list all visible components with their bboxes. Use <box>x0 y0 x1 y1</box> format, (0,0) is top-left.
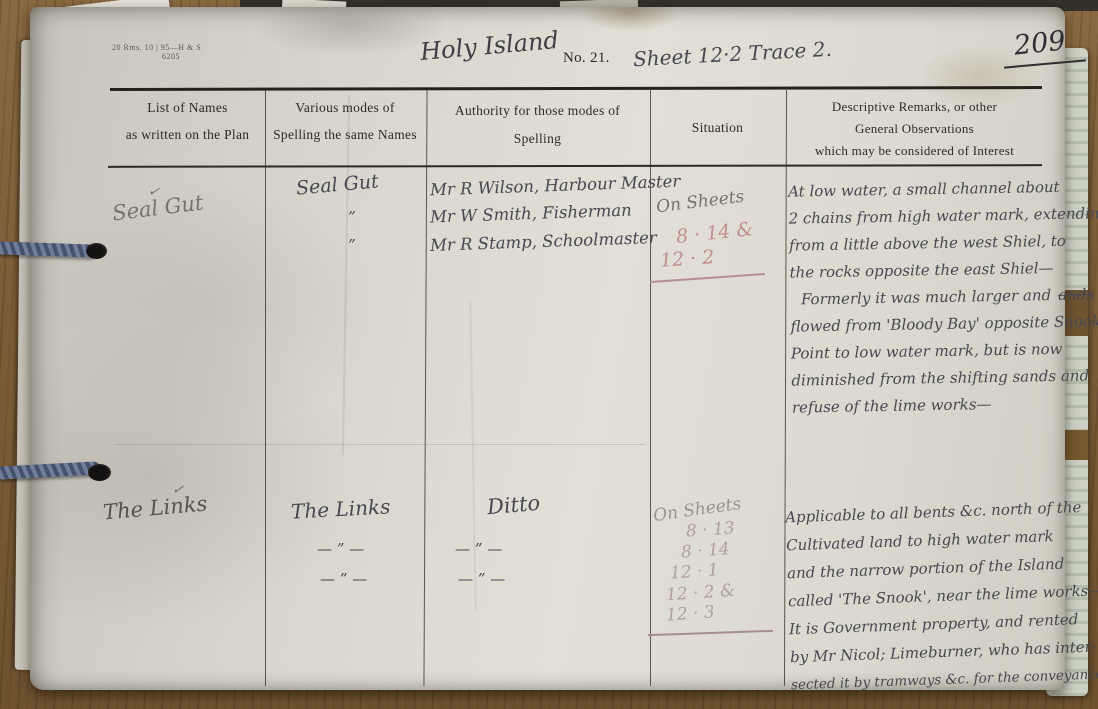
remarks-line: diminished from the shifting sands and <box>791 362 1091 394</box>
column-header-remarks: General Observations <box>787 121 1042 137</box>
paper-crease <box>115 444 645 445</box>
column-header-remarks: Descriptive Remarks, or other <box>787 99 1042 115</box>
page-number: 209 <box>1013 25 1068 61</box>
column-header-authority: Spelling <box>427 131 648 147</box>
ditto-mark: ” <box>348 236 356 254</box>
authority-line: Ditto <box>486 491 541 520</box>
remarks-text: Formerly it was much larger and <box>801 286 1051 308</box>
struck-out-word: ands <box>1058 285 1094 304</box>
column-header-authority: Authority for those modes of <box>427 103 648 119</box>
column-header-spelling: Various modes of <box>267 100 423 116</box>
column-header-situation: Situation <box>652 120 783 136</box>
remarks-line: refuse of the lime works— <box>792 389 1092 421</box>
column-header-remarks: which may be considered of Interest <box>787 143 1042 159</box>
ditto-mark: — ” — <box>320 570 367 588</box>
binding-cord <box>0 241 96 257</box>
binding-hole <box>86 243 107 259</box>
column-header-names: List of Names <box>110 100 265 116</box>
printer-stamp-line1: 20 Rms. 10 | 95—H & S <box>112 43 201 52</box>
binding-hole <box>88 464 111 481</box>
column-header-names: as written on the Plan <box>110 127 265 143</box>
situation-ref: 12 · 2 <box>659 246 715 272</box>
ditto-mark: — ” — <box>458 570 505 588</box>
book-number: No. 21. <box>563 50 610 67</box>
column-header-spelling: Spelling the same Names <box>267 127 423 143</box>
remarks-block: At low water, a small channel about 2 ch… <box>788 173 1092 421</box>
column-divider <box>265 90 266 686</box>
ditto-mark: — ” — <box>317 540 364 558</box>
situation-ref: 8 · 13 <box>685 518 735 541</box>
printer-stamp-line2: 6205 <box>162 52 180 61</box>
situation-ref: 8 · 14 <box>680 539 730 562</box>
remarks-block: Applicable to all bents &c. north of the… <box>785 493 1097 700</box>
situation-ref: 12 · 1 <box>669 560 719 583</box>
ditto-mark: ” <box>348 208 356 226</box>
ditto-mark: — ” — <box>455 540 502 558</box>
situation-ref: 12 · 3 <box>665 602 715 625</box>
wood-table-background: { "stamp": { "line1": "20 Rms. 10 | 95\u… <box>0 0 1098 709</box>
